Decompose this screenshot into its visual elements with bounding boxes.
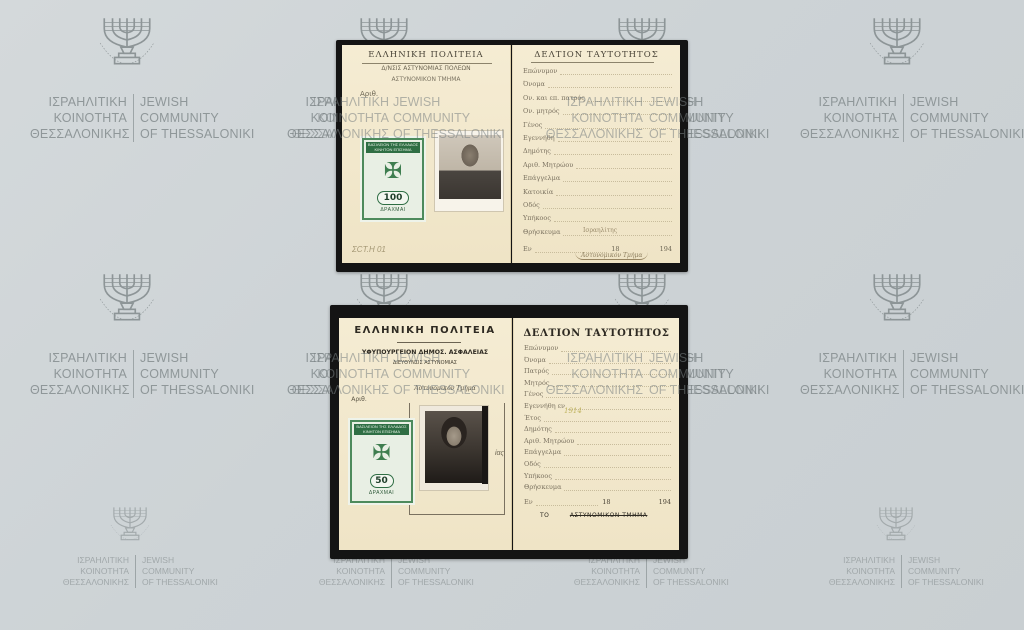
handwriting-birth-year: 1914 xyxy=(564,407,582,415)
watermark-overlay-english: JEWISHCOMMUNITYOF THESSALONIKI xyxy=(393,94,505,142)
form-field-label: Κατοικία xyxy=(523,188,553,196)
menorah-icon xyxy=(866,12,928,79)
form-field-label: Επάγγελμα xyxy=(523,174,560,182)
watermark-greek-text: ΙΣΡΑΗΛΙΤΙΚΗΚΟΙΝΟΤΗΤΑΘΕΣΣΑΛΟΝΙΚΗΣ xyxy=(30,350,134,398)
form-field-row: Οδός xyxy=(523,197,672,209)
watermark-overlay-english: JEWISHCOMMUNITYOF THESSALONIKI xyxy=(649,350,761,398)
watermark-english-text: JEWISHCOMMUNITYOF THESSALONIKI xyxy=(140,350,255,398)
revenue-stamp-50: ΒΑΣΙΛΕΙΟΝ ΤΗΣ ΕΛΛΑΔΟΣΚΙΝΗΤΟΝ ΕΠΙΣΗΜΑ ✠ 5… xyxy=(350,420,413,503)
lower-right-title: ΔΕΛΤΙΟΝ ΤΑΥΤΟΤΗΤΟΣ xyxy=(514,328,679,339)
form-field-row: Θρήσκευμα xyxy=(524,479,671,491)
stamp-header: ΒΑΣΙΛΕΙΟΝ ΤΗΣ ΕΛΛΑΔΟΣΚΙΝΗΤΟΝ ΕΠΙΣΗΜΑ xyxy=(354,424,409,435)
watermark-overlay-greek: ΙΣΡΑΗΛΙΤΙΚΗΚΟΙΝΟΤΗΤΑΘΕΣΣΑΛΟΝΙΚΗΣ xyxy=(537,94,643,142)
upper-signature: Αστυνομικόν Τμήμα xyxy=(575,252,648,260)
form-field-row: Εγεννήθη εν xyxy=(524,398,671,410)
form-field-row: Δημότης xyxy=(524,421,671,433)
form-field-label: Οδός xyxy=(523,201,540,209)
upper-left-subtitle-2: ΑΣΤΥΝΟΜΙΚΟΝ ΤΜΗΜΑ xyxy=(342,76,510,83)
form-field-row: Δημότης xyxy=(523,143,672,155)
watermark-overlay-greek: ΙΣΡΑΗΛΙΤΙΚΗΚΟΙΝΟΤΗΤΑΘΕΣΣΑΛΟΝΙΚΗΣ xyxy=(283,350,389,398)
watermark-english-text: JEWISHCOMMUNITYOF THESSALONIKI xyxy=(653,555,729,588)
lower-date-line: Εν 18 194 xyxy=(524,494,671,506)
watermark-overlay-greek: ΙΣΡΑΗΛΙΤΙΚΗΚΟΙΝΟΤΗΤΑΘΕΣΣΑΛΟΝΙΚΗΣ xyxy=(537,350,643,398)
menorah-icon xyxy=(108,503,152,552)
watermark-overlay-english: JEWISHCOMMUNITYOF THESSALONIKI xyxy=(393,350,505,398)
form-field-label: Όνομα xyxy=(523,80,545,88)
form-field-row: Υπήκοος xyxy=(523,210,672,222)
upper-id-card: ΕΛΛΗΝΙΚΗ ΠΟΛΙΤΕΙΑ Δ/ΝΣΙΣ ΑΣΤΥΝΟΜΙΑΣ ΠΟΛΕ… xyxy=(336,40,688,272)
stamp-value: 50 xyxy=(370,474,394,488)
form-field-label: Θρήσκευμα xyxy=(524,483,561,491)
upper-card-left-page: ΕΛΛΗΝΙΚΗ ΠΟΛΙΤΕΙΑ Δ/ΝΣΙΣ ΑΣΤΥΝΟΜΙΑΣ ΠΟΛΕ… xyxy=(342,45,511,263)
lower-side-note: ίας xyxy=(495,450,504,457)
form-field-label: Αριθ. Μητρώου xyxy=(523,161,573,169)
menorah-icon xyxy=(96,268,158,335)
watermark-english-text: JEWISHCOMMUNITYOF THESSALONIKI xyxy=(142,555,218,588)
form-field-row: Επάγγελμα xyxy=(524,444,671,456)
menorah-icon xyxy=(96,12,158,79)
menorah-icon xyxy=(874,503,918,552)
lower-footer: ΤΟ ΑΣΤΥΝΟΜΙΚΟΝ ΤΜΗΜΑ xyxy=(540,512,647,519)
form-field-row: Όνομα xyxy=(523,76,672,88)
form-field-label: Δημότης xyxy=(523,147,551,155)
watermark-overlay-english: JEWISHCOMMUNITYOF THESSALONIKI xyxy=(649,94,761,142)
handwriting-religion: Ισραηλίτης xyxy=(583,227,617,234)
form-field-row: Επάγγελμα xyxy=(523,170,672,182)
stamp-currency: ΔΡΑΧΜΑΙ xyxy=(364,207,422,213)
upper-card-right-page: ΔΕΛΤΙΟΝ ΤΑΥΤΟΤΗΤΟΣ ΕπώνυμονΌνομαΟν. και … xyxy=(512,45,680,263)
form-field-row: Επώνυμον xyxy=(523,63,672,75)
footer-police-department: ΑΣΤΥΝΟΜΙΚΟΝ ΤΜΗΜΑ xyxy=(570,512,648,519)
form-field-row: Οδός xyxy=(524,456,671,468)
coat-of-arms-icon: ✠ xyxy=(372,440,390,466)
watermark-greek-text: ΙΣΡΑΗΛΙΤΙΚΗΚΟΙΝΟΤΗΤΑΘΕΣΣΑΛΟΝΙΚΗΣ xyxy=(318,555,392,588)
form-field-row: Αριθ. Μητρώου xyxy=(524,433,671,445)
stamp-value: 100 xyxy=(377,191,409,205)
watermark-greek-text: ΙΣΡΑΗΛΙΤΙΚΗΚΟΙΝΟΤΗΤΑΘΕΣΣΑΛΟΝΙΚΗΣ xyxy=(573,555,647,588)
pencil-note: ΣCT.Η 01 xyxy=(352,245,386,254)
coat-of-arms-icon: ✠ xyxy=(384,158,402,184)
form-field-label: Υπήκοος xyxy=(523,214,551,222)
lower-id-card: ΕΛΛΗΝΙΚΗ ΠΟΛΙΤΕΙΑ ΥΦΥΠΟΥΡΓΕΙΟΝ ΔΗΜΟΣ. ΑΣ… xyxy=(330,305,688,559)
upper-right-title: ΔΕΛΤΙΟΝ ΤΑΥΤΟΤΗΤΟΣ xyxy=(513,50,680,60)
form-field-row: Κατοικία xyxy=(523,184,672,196)
revenue-stamp-100: ΒΑΣΙΛΕΙΟΝ ΤΗΣ ΕΛΛΑΔΟΣΚΙΝΗΤΟΝ ΕΠΙΣΗΜΑ ✠ 1… xyxy=(362,138,424,220)
watermark-english-text: JEWISHCOMMUNITYOF THESSALONIKI xyxy=(140,94,255,142)
portrait-photo-woman xyxy=(419,405,489,491)
watermark-greek-text: ΙΣΡΑΗΛΙΤΙΚΗΚΟΙΝΟΤΗΤΑΘΕΣΣΑΛΟΝΙΚΗΣ xyxy=(800,94,904,142)
stamp-header: ΒΑΣΙΛΕΙΟΝ ΤΗΣ ΕΛΛΑΔΟΣΚΙΝΗΤΟΝ ΕΠΙΣΗΜΑ xyxy=(366,142,420,153)
portrait-photo-man xyxy=(434,130,504,212)
watermark-greek-text: ΙΣΡΑΗΛΙΤΙΚΗΚΟΙΝΟΤΗΤΑΘΕΣΣΑΛΟΝΙΚΗΣ xyxy=(62,555,136,588)
watermark-greek-text: ΙΣΡΑΗΛΙΤΙΚΗΚΟΙΝΟΤΗΤΑΘΕΣΣΑΛΟΝΙΚΗΣ xyxy=(800,350,904,398)
form-field-label: Επώνυμον xyxy=(523,67,557,75)
form-field-row: Υπήκοος xyxy=(524,468,671,480)
stamp-currency: ΔΡΑΧΜΑΙ xyxy=(352,490,411,496)
watermark-english-text: JEWISHCOMMUNITYOF THESSALONIKI xyxy=(398,555,474,588)
footer-to: ΤΟ xyxy=(540,512,549,519)
lower-left-title: ΕΛΛΗΝΙΚΗ ΠΟΛΙΤΕΙΑ xyxy=(339,325,511,336)
watermark-english-text: JEWISHCOMMUNITYOF THESSALONIKI xyxy=(910,94,1024,142)
form-field-row: Έτος xyxy=(524,410,671,422)
upper-left-subtitle-1: Δ/ΝΣΙΣ ΑΣΤΥΝΟΜΙΑΣ ΠΟΛΕΩΝ xyxy=(342,65,510,72)
form-field-row: Αριθ. Μητρώου xyxy=(523,157,672,169)
upper-left-title: ΕΛΛΗΝΙΚΗ ΠΟΛΙΤΕΙΑ xyxy=(342,50,510,60)
menorah-icon xyxy=(866,268,928,335)
watermark-greek-text: ΙΣΡΑΗΛΙΤΙΚΗΚΟΙΝΟΤΗΤΑΘΕΣΣΑΛΟΝΙΚΗΣ xyxy=(30,94,134,142)
watermark-overlay-greek: ΙΣΡΑΗΛΙΤΙΚΗΚΟΙΝΟΤΗΤΑΘΕΣΣΑΛΟΝΙΚΗΣ xyxy=(283,94,389,142)
watermark-greek-text: ΙΣΡΑΗΛΙΤΙΚΗΚΟΙΝΟΤΗΤΑΘΕΣΣΑΛΟΝΙΚΗΣ xyxy=(828,555,902,588)
form-field-label: Θρήσκευμα xyxy=(523,228,560,236)
watermark-english-text: JEWISHCOMMUNITYOF THESSALONIKI xyxy=(908,555,984,588)
watermark-english-text: JEWISHCOMMUNITYOF THESSALONIKI xyxy=(910,350,1024,398)
